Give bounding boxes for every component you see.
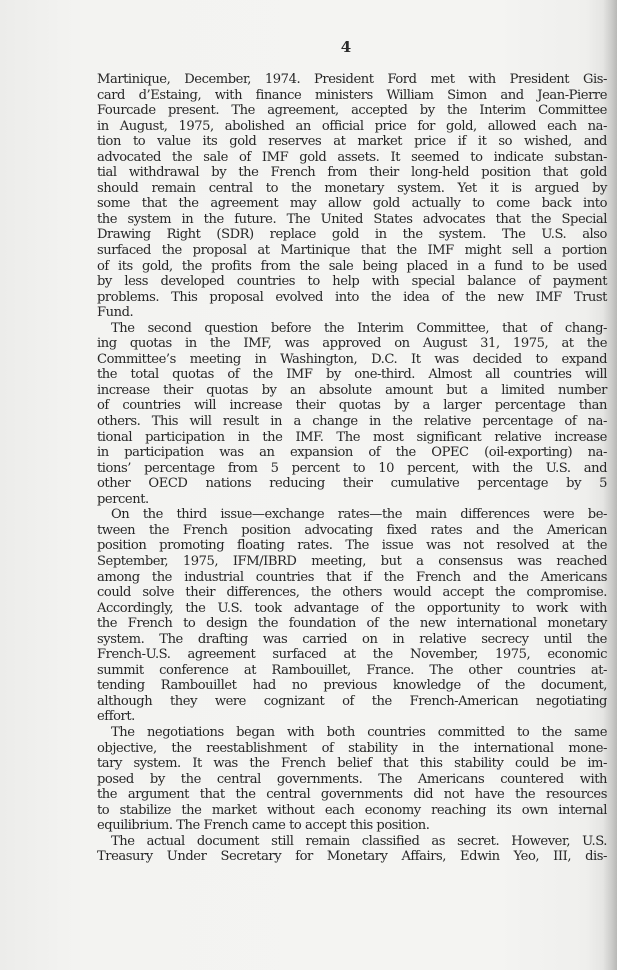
text-line: increase their quotas by an absolute amo… [97, 383, 607, 399]
text-line: percent. [97, 492, 607, 508]
text-line: ing quotas in the IMF, was approved on A… [97, 336, 607, 352]
text-line: Committee’s meeting in Washington, D.C. … [97, 352, 607, 368]
text-line: other OECD nations reducing their cumula… [97, 476, 607, 492]
text-line: although they were cognizant of the Fren… [97, 694, 607, 710]
text-line: objective, the reestablishment of stabil… [97, 741, 607, 757]
page-number: 4 [0, 38, 617, 56]
paragraph: Martinique, December, 1974. President Fo… [97, 72, 607, 321]
paragraph: The negotiations began with both countri… [97, 725, 607, 834]
text-line: tional participation in the IMF. The mos… [97, 430, 607, 446]
text-line: The actual document still remain classif… [97, 834, 607, 850]
paragraph: The second question before the Interim C… [97, 321, 607, 508]
text-line: in participation was an expansion of the… [97, 445, 607, 461]
text-line: some that the agreement may allow gold a… [97, 196, 607, 212]
text-line: Treasury Under Secretary for Monetary Af… [97, 849, 607, 865]
text-line: The negotiations began with both countri… [97, 725, 607, 741]
text-line: by less developed countries to help with… [97, 274, 607, 290]
text-line: On the third issue—exchange rates—the ma… [97, 507, 607, 523]
text-line: tending Rambouillet had no previous know… [97, 678, 607, 694]
text-line: the argument that the central government… [97, 787, 607, 803]
text-line: tial withdrawal by the French from their… [97, 165, 607, 181]
text-line: card d’Estaing, with finance ministers W… [97, 88, 607, 104]
text-line: surfaced the proposal at Martinique that… [97, 243, 607, 259]
text-line: posed by the central governments. The Am… [97, 772, 607, 788]
text-line: system. The drafting was carried on in r… [97, 632, 607, 648]
text-line: the French to design the foundation of t… [97, 616, 607, 632]
text-line: could solve their differences, the other… [97, 585, 607, 601]
text-line: the system in the future. The United Sta… [97, 212, 607, 228]
text-line: summit conference at Rambouillet, France… [97, 663, 607, 679]
text-line: to stabilize the market without each eco… [97, 803, 607, 819]
text-line: Accordingly, the U.S. took advantage of … [97, 601, 607, 617]
text-line: tween the French position advocating fix… [97, 523, 607, 539]
text-line: of its gold, the profits from the sale b… [97, 259, 607, 275]
paragraph: On the third issue—exchange rates—the ma… [97, 507, 607, 725]
text-line: September, 1975, IFM/IBRD meeting, but a… [97, 554, 607, 570]
text-line: among the industrial countries that if t… [97, 570, 607, 586]
text-line: tion to value its gold reserves at marke… [97, 134, 607, 150]
text-line: position promoting floating rates. The i… [97, 538, 607, 554]
text-line: effort. [97, 709, 607, 725]
text-line: the total quotas of the IMF by one-third… [97, 367, 607, 383]
scanned-page: 4 Martinique, December, 1974. President … [0, 0, 617, 970]
text-line: of countries will increase their quotas … [97, 398, 607, 414]
text-line: in August, 1975, abolished an official p… [97, 119, 607, 135]
text-line: others. This will result in a change in … [97, 414, 607, 430]
paragraph: The actual document still remain classif… [97, 834, 607, 865]
text-line: Fund. [97, 305, 607, 321]
text-line: Fourcade present. The agreement, accepte… [97, 103, 607, 119]
text-line: The second question before the Interim C… [97, 321, 607, 337]
text-line: problems. This proposal evolved into the… [97, 290, 607, 306]
text-line: equilibrium. The French came to accept t… [97, 818, 607, 834]
body-text: Martinique, December, 1974. President Fo… [97, 72, 607, 865]
text-line: should remain central to the monetary sy… [97, 181, 607, 197]
text-line: Martinique, December, 1974. President Fo… [97, 72, 607, 88]
text-line: Drawing Right (SDR) replace gold in the … [97, 227, 607, 243]
text-line: tions’ percentage from 5 percent to 10 p… [97, 461, 607, 477]
text-line: tary system. It was the French belief th… [97, 756, 607, 772]
text-line: French-U.S. agreement surfaced at the No… [97, 647, 607, 663]
text-line: advocated the sale of IMF gold assets. I… [97, 150, 607, 166]
